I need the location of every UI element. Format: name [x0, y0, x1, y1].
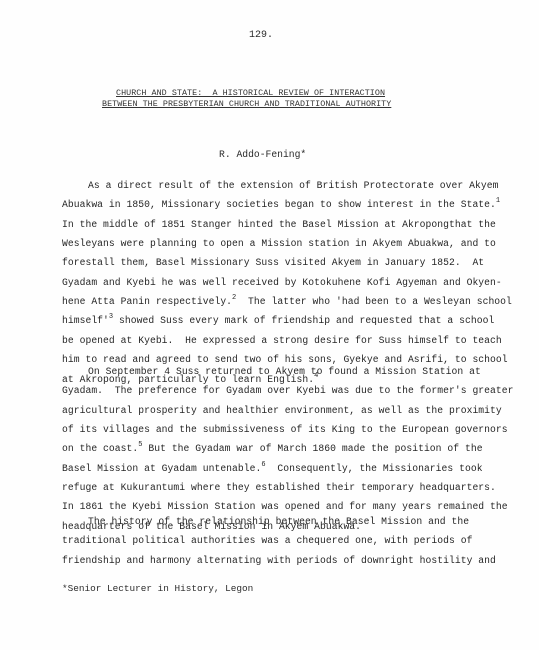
- line-text: be opened at Kyebi. He expressed a stron…: [62, 335, 502, 346]
- line-text: In 1861 the Kyebi Mission Station was op…: [62, 501, 508, 512]
- line-text: Abuakwa in 1850, Missionary societies be…: [62, 199, 496, 210]
- line-text: But the Gyadam war of March 1860 made th…: [143, 443, 483, 454]
- line-text: refuge at Kukurantumi where they establi…: [62, 482, 496, 493]
- document-page: 129. CHURCH AND STATE: A HISTORICAL REVI…: [0, 0, 539, 650]
- line-text: forestall them, Basel Missionary Suss vi…: [62, 257, 484, 268]
- body-line: on the coast.5 But the Gyadam war of Mar…: [62, 443, 483, 455]
- body-line: traditional political authorities was a …: [62, 535, 472, 547]
- body-line: him to read and agreed to send two of hi…: [62, 354, 508, 366]
- body-line: Abuakwa in 1850, Missionary societies be…: [62, 199, 500, 211]
- body-line: himself'3 showed Suss every mark of frie…: [62, 315, 494, 327]
- line-text: The history of the relationship between …: [88, 516, 469, 527]
- body-line: Gyadam. The preference for Gyadam over K…: [62, 385, 514, 397]
- author-name: R. Addo-Fening*: [219, 149, 306, 160]
- line-text: On September 4 Suss returned to Akyem to…: [88, 366, 481, 377]
- page-number: 129.: [249, 30, 273, 41]
- body-line: hene Atta Panin respectively.2 The latte…: [62, 296, 512, 308]
- line-text: traditional political authorities was a …: [62, 535, 472, 546]
- line-text: Consequently, the Missionaries took: [266, 463, 483, 474]
- body-line: agricultural prosperity and healthier en…: [62, 405, 502, 417]
- body-line: In the middle of 1851 Stanger hinted the…: [62, 219, 496, 231]
- body-line: of its villages and the submissiveness o…: [62, 424, 508, 436]
- line-text: on the coast.: [62, 443, 138, 454]
- body-line: In 1861 the Kyebi Mission Station was op…: [62, 501, 508, 513]
- title-line-2: BETWEEN THE PRESBYTERIAN CHURCH AND TRAD…: [102, 99, 391, 109]
- body-line: refuge at Kukurantumi where they establi…: [62, 482, 496, 494]
- title-line-1: CHURCH AND STATE: A HISTORICAL REVIEW OF…: [116, 88, 385, 98]
- line-text: Basel Mission at Gyadam untenable.: [62, 463, 261, 474]
- body-line: friendship and harmony alternating with …: [62, 555, 496, 567]
- footnote: *Senior Lecturer in History, Legon: [62, 583, 253, 594]
- line-text: friendship and harmony alternating with …: [62, 555, 496, 566]
- body-line: As a direct result of the extension of B…: [88, 180, 498, 192]
- line-text: The latter who 'had been to a Wesleyan s…: [236, 296, 512, 307]
- line-text: Wesleyans were planning to open a Missio…: [62, 238, 496, 249]
- line-text: showed Suss every mark of friendship and…: [113, 315, 494, 326]
- footnote-reference: 1: [496, 197, 500, 205]
- line-text: agricultural prosperity and healthier en…: [62, 405, 502, 416]
- line-text: himself': [62, 315, 109, 326]
- line-text: him to read and agreed to send two of hi…: [62, 354, 508, 365]
- body-line: forestall them, Basel Missionary Suss vi…: [62, 257, 484, 269]
- line-text: of its villages and the submissiveness o…: [62, 424, 508, 435]
- line-text: hene Atta Panin respectively.: [62, 296, 232, 307]
- body-line: On September 4 Suss returned to Akyem to…: [88, 366, 481, 378]
- line-text: Gyadam and Kyebi he was well received by…: [62, 277, 502, 288]
- line-text: As a direct result of the extension of B…: [88, 180, 498, 191]
- body-line: Basel Mission at Gyadam untenable.6 Cons…: [62, 463, 483, 475]
- line-text: In the middle of 1851 Stanger hinted the…: [62, 219, 496, 230]
- line-text: Gyadam. The preference for Gyadam over K…: [62, 385, 514, 396]
- body-line: Gyadam and Kyebi he was well received by…: [62, 277, 502, 289]
- body-line: The history of the relationship between …: [88, 516, 469, 528]
- body-line: be opened at Kyebi. He expressed a stron…: [62, 335, 502, 347]
- body-line: Wesleyans were planning to open a Missio…: [62, 238, 496, 250]
